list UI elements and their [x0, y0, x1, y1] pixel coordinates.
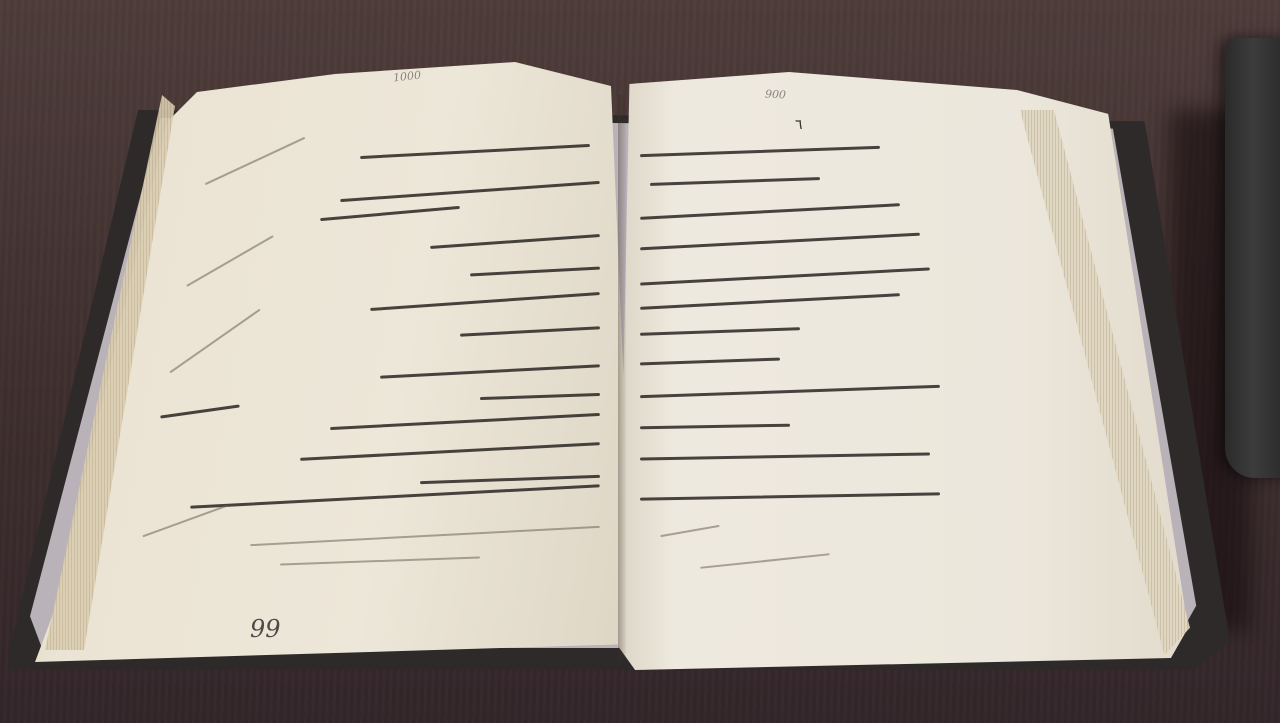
second-book-spine [1225, 38, 1280, 478]
book-gutter [618, 95, 626, 660]
left-page-number: 99 [250, 615, 281, 643]
section-mark: ٦ [795, 117, 803, 133]
right-page-top-number: 900 [765, 87, 787, 101]
photo-scene: 99 1000 900 ٦ [0, 0, 1280, 723]
